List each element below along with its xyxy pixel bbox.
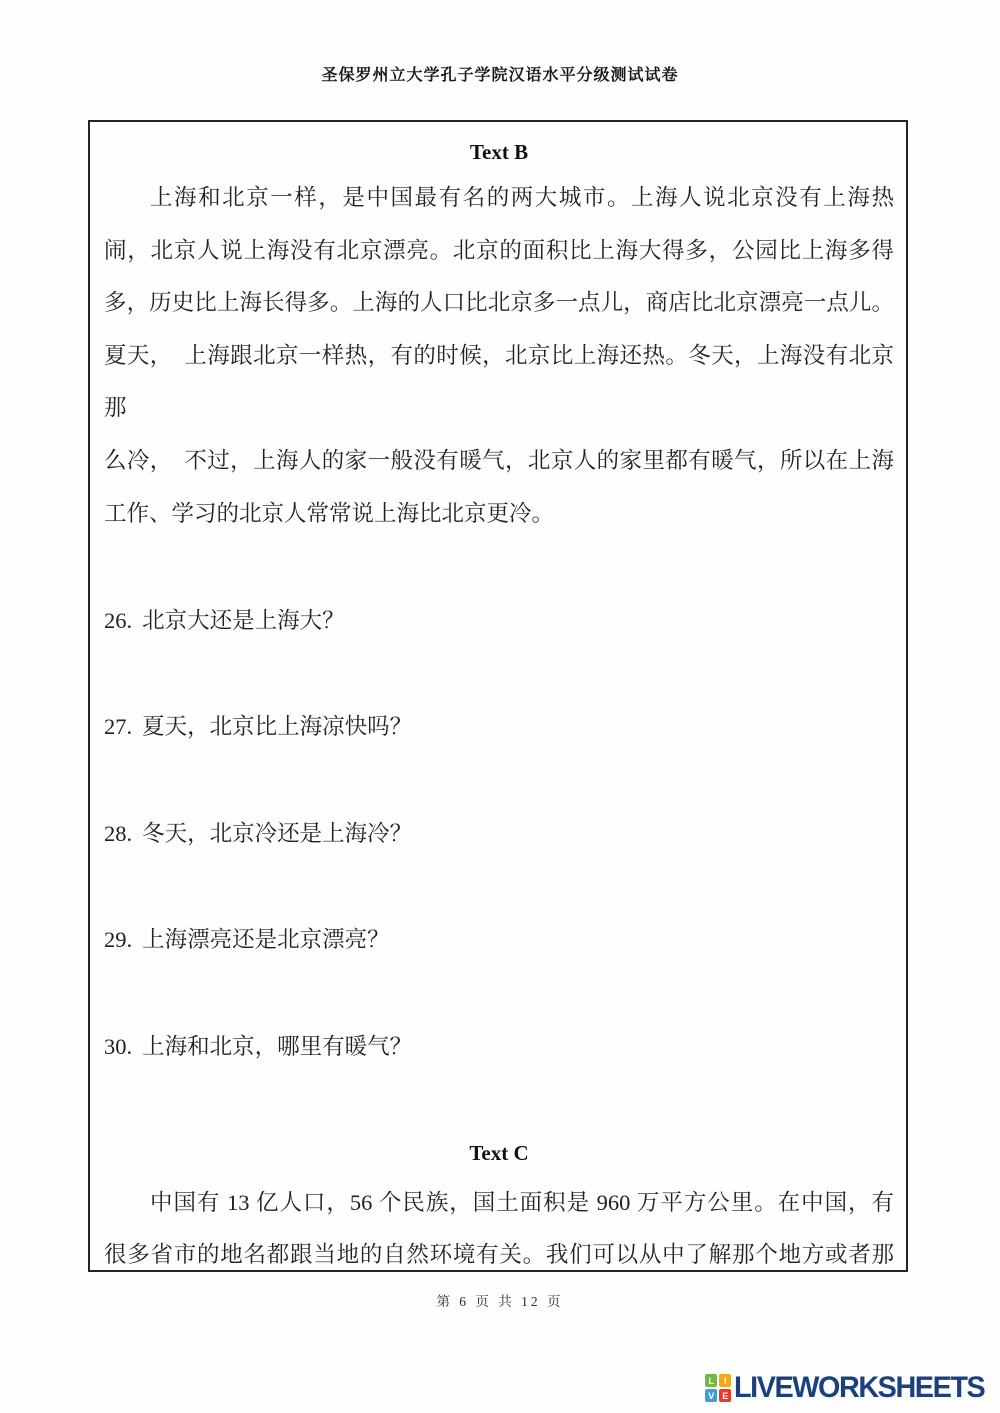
text-c-title: Text C (104, 1133, 894, 1173)
question-26-number: 26. (104, 608, 132, 633)
liveworksheets-logo-icon: L I V E (705, 1374, 731, 1402)
text-b-line-4: 夏天， 上海跟北京一样热，有的时候，北京比上海还热。冬天，上海没有北京那 (104, 330, 894, 435)
logo-square-e: E (719, 1389, 731, 1402)
text-b-line-1: 上海和北京一样，是中国最有名的两大城市。上海人说北京没有上海热 (104, 172, 894, 225)
liveworksheets-logo[interactable]: L I V E LIVEWORKSHEETS (705, 1371, 995, 1405)
logo-square-l: L (705, 1374, 717, 1387)
question-29-text: 上海漂亮还是北京漂亮？ (142, 927, 390, 952)
question-30-text: 上海和北京，哪里有暖气？ (142, 1034, 412, 1059)
question-28-text: 冬天，北京冷还是上海冷？ (142, 821, 412, 846)
question-27-text: 夏天，北京比上海凉快吗？ (142, 714, 412, 739)
page-footer: 第 6 页 共 12 页 (0, 1290, 1000, 1310)
page-header-title: 圣保罗州立大学孔子学院汉语水平分级测试试卷 (0, 62, 1000, 85)
text-c-line-2: 很多省市的地名都跟当地的自然环境有关。我们可以从中了解那个地方或者那 (104, 1229, 894, 1272)
text-b-title: Text B (104, 132, 894, 172)
question-30: 30.上海和北京，哪里有暖气？ (104, 1020, 894, 1073)
question-27-number: 27. (104, 714, 132, 739)
text-c-paragraph: 中国有 13 亿人口，56 个民族，国土面积是 960 万平方公里。在中国，有 … (104, 1177, 894, 1272)
question-26: 26.北京大还是上海大？ (104, 594, 894, 647)
question-27: 27.夏天，北京比上海凉快吗？ (104, 700, 894, 753)
text-c-line-1: 中国有 13 亿人口，56 个民族，国土面积是 960 万平方公里。在中国，有 (104, 1177, 894, 1230)
question-28-number: 28. (104, 821, 132, 846)
question-29-number: 29. (104, 927, 132, 952)
question-29: 29.上海漂亮还是北京漂亮？ (104, 913, 894, 966)
logo-square-v: V (705, 1389, 717, 1402)
text-b-line-5: 么冷， 不过，上海人的家一般没有暖气，北京人的家里都有暖气，所以在上海 (104, 435, 894, 488)
questions-block: 26.北京大还是上海大？ 27.夏天，北京比上海凉快吗？ 28.冬天，北京冷还是… (104, 594, 894, 1073)
text-b-paragraph: 上海和北京一样，是中国最有名的两大城市。上海人说北京没有上海热 闹，北京人说上海… (104, 172, 894, 540)
worksheet-page: 圣保罗州立大学孔子学院汉语水平分级测试试卷 Text B 上海和北京一样，是中国… (0, 0, 1000, 1413)
content-box: Text B 上海和北京一样，是中国最有名的两大城市。上海人说北京没有上海热 闹… (88, 120, 908, 1272)
text-b-line-2: 闹，北京人说上海没有北京漂亮。北京的面积比上海大得多，公园比上海多得 (104, 225, 894, 278)
question-28: 28.冬天，北京冷还是上海冷？ (104, 807, 894, 860)
text-b-line-6: 工作、学习的北京人常常说上海比北京更冷。 (104, 488, 894, 541)
logo-square-i: I (719, 1374, 731, 1387)
text-b-line-3: 多，历史比上海长得多。上海的人口比北京多一点儿，商店比北京漂亮一点儿。 (104, 277, 894, 330)
question-26-text: 北京大还是上海大？ (142, 608, 345, 633)
liveworksheets-logo-text: LIVEWORKSHEETS (734, 1371, 984, 1405)
question-30-number: 30. (104, 1034, 132, 1059)
